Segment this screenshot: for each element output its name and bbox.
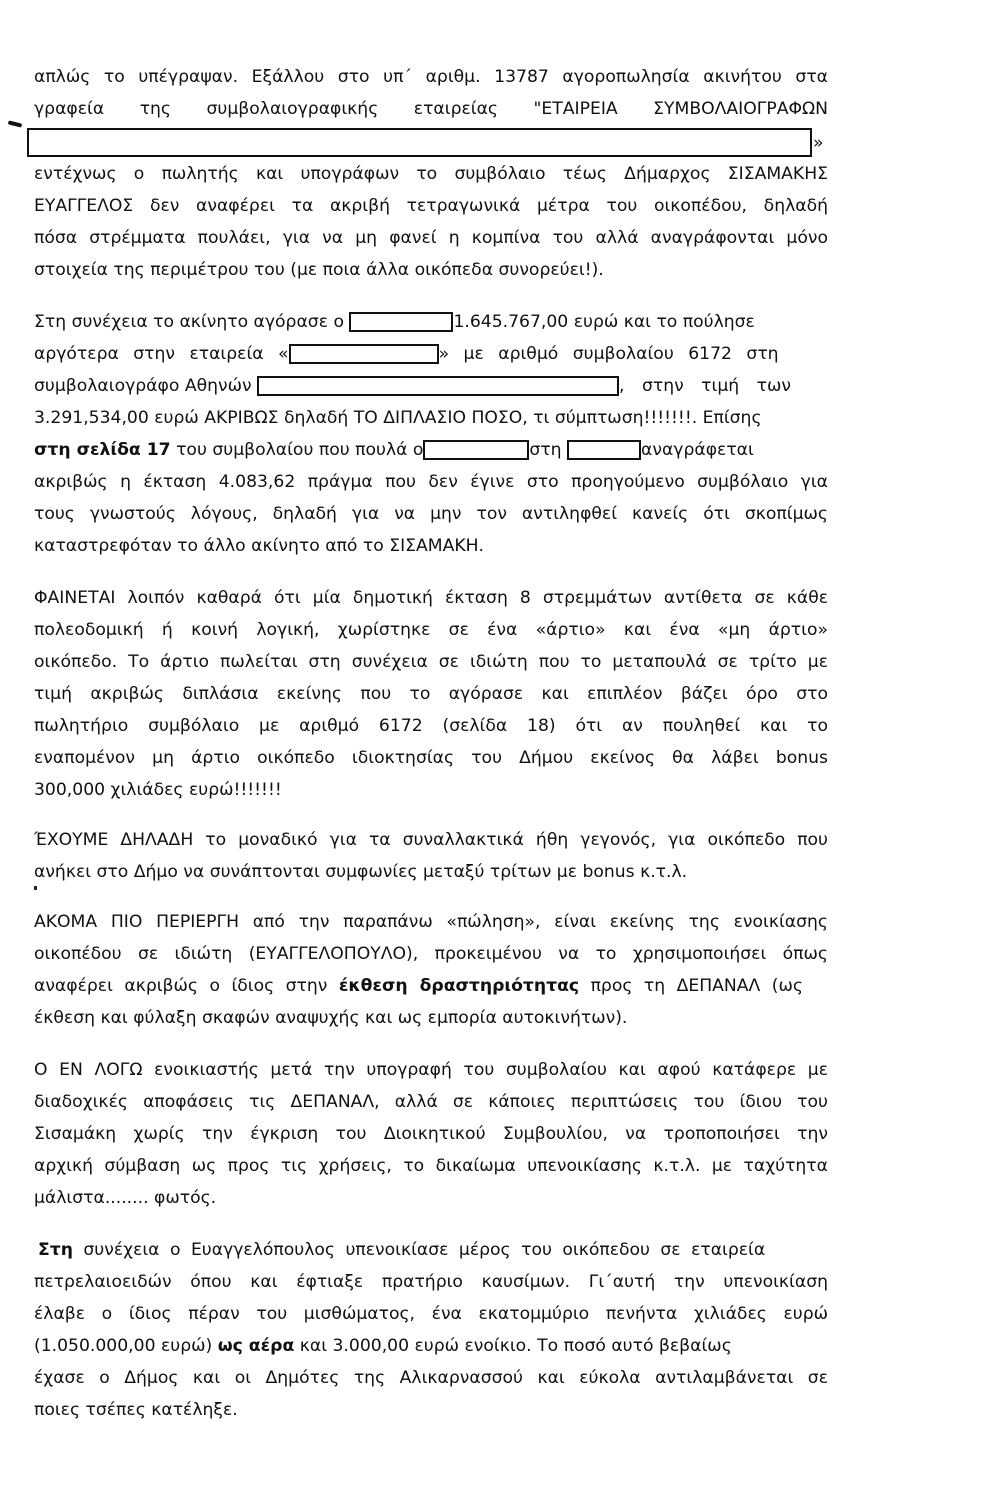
text-line: τους γνωστούς λόγους, δηλαδή για να μην …	[34, 503, 828, 525]
text-span: προς τη ΔΕΠΑΝΑΛ (ως	[579, 976, 803, 996]
text-line: ΑΚΟΜΑ ΠΙΟ ΠΕΡΙΕΡΓΗ από την παραπάνω «πώλ…	[34, 911, 828, 933]
text-line: Στη συνέχεια ο Ευαγγελόπουλος υπενοικίασ…	[38, 1239, 828, 1261]
text-line: αργότερα στην εταιρεία «» με αριθμό συμβ…	[34, 343, 828, 365]
text-line: στη σελίδα 17 του συμβολαίου που πουλά ο…	[34, 439, 828, 461]
text-span: αναγράφεται	[641, 440, 754, 460]
text-line: απλώς το υπέγραψαν. Εξάλλου στο υπ΄ αριθ…	[34, 66, 828, 88]
text-line: 3.291,534,00 ευρώ ΑΚΡΙΒΩΣ δηλαδή ΤΟ ΔΙΠΛ…	[34, 407, 828, 429]
text-span: αναφέρει ακριβώς ο ίδιος στην	[34, 976, 339, 996]
text-line: ακριβώς η έκταση 4.083,62 πράγμα που δεν…	[34, 471, 828, 493]
text-line: ποιες τσέπες κατέληξε.	[34, 1399, 828, 1421]
redaction-box	[257, 376, 619, 396]
text-line: γραφεία της συμβολαιογραφικής εταιρείας …	[34, 98, 828, 120]
text-span: (1.050.000,00 ευρώ)	[34, 1336, 218, 1356]
redaction-box	[27, 128, 812, 157]
text-span: , στην τιμή των	[619, 376, 791, 396]
text-line: Στη συνέχεια το ακίνητο αγόρασε ο 1.645.…	[34, 311, 828, 333]
text-line: στοιχεία της περιμέτρου του (με ποια άλλ…	[34, 259, 828, 281]
redaction-box	[349, 312, 453, 332]
text-line: διαδοχικές αποφάσεις τις ΔΕΠΑΝΑΛ, αλλά σ…	[34, 1091, 828, 1113]
text-line: πετρελαιοειδών όπου και έφτιαξε πρατήριο…	[34, 1271, 828, 1293]
text-line: πωλητήριο συμβόλαιο με αριθμό 6172 (σελί…	[34, 715, 828, 737]
text-span: συνέχεια ο Ευαγγελόπουλος υπενοικίασε μέ…	[73, 1240, 765, 1260]
text-line: έλαβε ο ίδιος πέραν του μισθώματος, ένα …	[34, 1303, 828, 1325]
text-line: εντέχνως ο πωλητής και υπογράφων το συμβ…	[34, 163, 828, 185]
pen-mark	[8, 120, 23, 127]
text-span: Στη συνέχεια το ακίνητο αγόρασε ο	[34, 312, 349, 332]
text-line: πόσα στρέμματα πουλάει, για να μη φανεί …	[34, 227, 828, 249]
scanned-document-page: απλώς το υπέγραψαν. Εξάλλου στο υπ΄ αριθ…	[0, 0, 1000, 1489]
text-span: του συμβολαίου που πουλά ο	[171, 440, 424, 460]
text-line: μάλιστα........ φωτός.	[34, 1187, 828, 1209]
text-line: οικοπέδου σε ιδιώτη (ΕΥΑΓΓΕΛΟΠΟΥΛΟ), προ…	[34, 943, 828, 965]
text-span: συμβολαιογράφο Αθηνών	[34, 376, 257, 396]
text-span: 1.645.767,00 ευρώ και το πούλησε	[453, 312, 754, 332]
text-line: καταστρεφόταν το άλλο ακίνητο από το ΣΙΣ…	[34, 535, 828, 557]
text-line: οικόπεδο. Το άρτιο πωλείται στη συνέχεια…	[34, 651, 828, 673]
text-line: ΈΧΟΥΜΕ ΔΗΛΑΔΗ το μοναδικό για τα συναλλα…	[34, 829, 828, 851]
text-line: έχασε ο Δήμος και οι Δημότες της Αλικαρν…	[34, 1367, 828, 1389]
scan-speck	[34, 886, 37, 890]
text-span: » με αριθμό συμβολαίου 6172 στη	[439, 344, 779, 364]
text-line: Σισαμάκη χωρίς την έγκριση του Διοικητικ…	[34, 1123, 828, 1145]
text-line: τιμή ακριβώς διπλάσια εκείνης που το αγό…	[34, 683, 828, 705]
text-line: αναφέρει ακριβώς ο ίδιος στην έκθεση δρα…	[34, 975, 828, 997]
text-line: πολεοδομική ή κοινή λογική, χωρίστηκε σε…	[34, 619, 828, 641]
text-line: αρχική σύμβαση ως προς τις χρήσεις, το δ…	[34, 1155, 828, 1177]
text-line: συμβολαιογράφο Αθηνών , στην τιμή των	[34, 375, 828, 397]
redaction-box	[423, 440, 529, 460]
bold-text: στη σελίδα 17	[34, 440, 171, 460]
bold-text: Στη	[38, 1240, 73, 1260]
bold-text: έκθεση δραστηριότητας	[339, 976, 579, 996]
text-span: και 3.000,00 ευρώ ενοίκιο. Το ποσό αυτό …	[294, 1336, 731, 1356]
text-line: ΦΑΙΝΕΤΑΙ λοιπόν καθαρά ότι μία δημοτική …	[34, 587, 828, 609]
text-line: (1.050.000,00 ευρώ) ως αέρα και 3.000,00…	[34, 1335, 828, 1357]
text-line: »	[813, 132, 833, 154]
text-line: 300,000 χιλιάδες ευρώ!!!!!!!	[34, 779, 828, 801]
text-line: εναπομένον μη άρτιο οικόπεδο ιδιοκτησίας…	[34, 747, 828, 769]
bold-text: ως αέρα	[218, 1336, 295, 1356]
text-span: στη	[529, 440, 567, 460]
text-line: έκθεση και φύλαξη σκαφών αναψυχής και ως…	[34, 1007, 828, 1029]
redaction-box	[567, 440, 641, 460]
text-line: ΕΥΑΓΓΕΛΟΣ δεν αναφέρει τα ακριβή τετραγω…	[34, 195, 828, 217]
redaction-box	[289, 344, 439, 364]
text-line: ανήκει στο Δήμο να συνάπτονται συμφωνίες…	[34, 861, 828, 883]
text-span: αργότερα στην εταιρεία «	[34, 344, 289, 364]
text-line: Ο ΕΝ ΛΟΓΩ ενοικιαστής μετά την υπογραφή …	[34, 1059, 828, 1081]
